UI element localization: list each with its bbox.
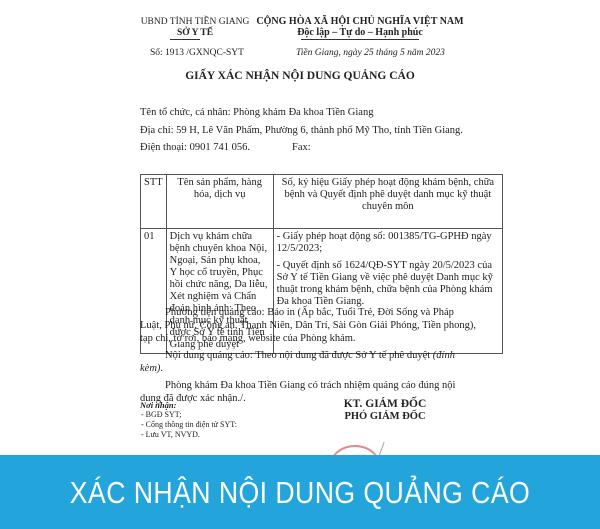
media-line-2: Luật, Phụ nữ, Công an, Thanh Niên, Dân T… [140, 320, 476, 332]
media-line-3: tạp chí, tờ rơi, báo mạng, website của P… [140, 333, 356, 345]
signature-title-2: PHÓ GIÁM ĐỐC [320, 411, 450, 423]
org-phone: Điện thoại: 0901 741 056. [140, 142, 250, 154]
document-title: GIẤY XÁC NHẬN NỘI DUNG QUẢNG CÁO [150, 70, 450, 82]
recipient-item: - Lưu VT, NVYD. [141, 430, 200, 440]
row-license: - Giấy phép hoạt động số: 001385/TG-GPHĐ… [277, 231, 499, 255]
department-underline [170, 39, 200, 40]
signature-title-1: KT. GIÁM ĐỐC [320, 398, 450, 410]
header-service: Tên sản phẩm, hàng hóa, dịch vụ [166, 175, 273, 229]
content-attach: (đính [433, 350, 455, 361]
media-line-1: Phương tiện quảng cáo: Báo in (Ấp bắc, T… [165, 307, 454, 319]
place-date: Tiền Giang, ngày 25 tháng 5 năm 2023 [296, 47, 445, 59]
department-name: SỞ Y TẾ [140, 27, 250, 39]
nation-motto: Độc lập – Tự do – Hạnh phúc [255, 27, 465, 39]
org-name: Tên tổ chức, cá nhân: Phòng khám Đa khoa… [140, 107, 373, 119]
content-attach-end: kèm) [140, 363, 160, 374]
content-line-2: kèm). [140, 363, 163, 375]
header-license: Số, ký hiệu Giấy phép hoạt động khám bện… [273, 175, 502, 229]
banner-title: XÁC NHẬN NỘI DUNG QUẢNG CÁO [42, 475, 558, 511]
row-decision: - Quyết định số 1624/QĐ-SYT ngày 20/5/20… [277, 260, 499, 308]
content-period: . [160, 363, 163, 374]
org-fax: Fax: [292, 142, 311, 154]
header-stt: STT [141, 175, 167, 229]
motto-underline [301, 39, 419, 40]
recipient-item: - Cổng thông tin điện tử SYT: [141, 420, 237, 430]
document-number: Số: 1913 /GXNQC-SYT [150, 47, 244, 59]
org-address: Địa chỉ: 59 H, Lê Văn Phấm, Phường 6, th… [140, 125, 463, 137]
recipient-item: - BGĐ SYT; [141, 410, 181, 420]
responsibility-line-1: Phòng khám Đa khoa Tiền Giang có trách n… [165, 380, 455, 392]
content-line-1: Nội dung quảng cáo: Theo nội dung đã đượ… [165, 350, 455, 362]
content-text: Nội dung quảng cáo: Theo nội dung đã đượ… [165, 350, 433, 361]
document-page: UBND TỈNH TIỀN GIANG SỞ Y TẾ CỘNG HÒA XÃ… [0, 0, 600, 529]
